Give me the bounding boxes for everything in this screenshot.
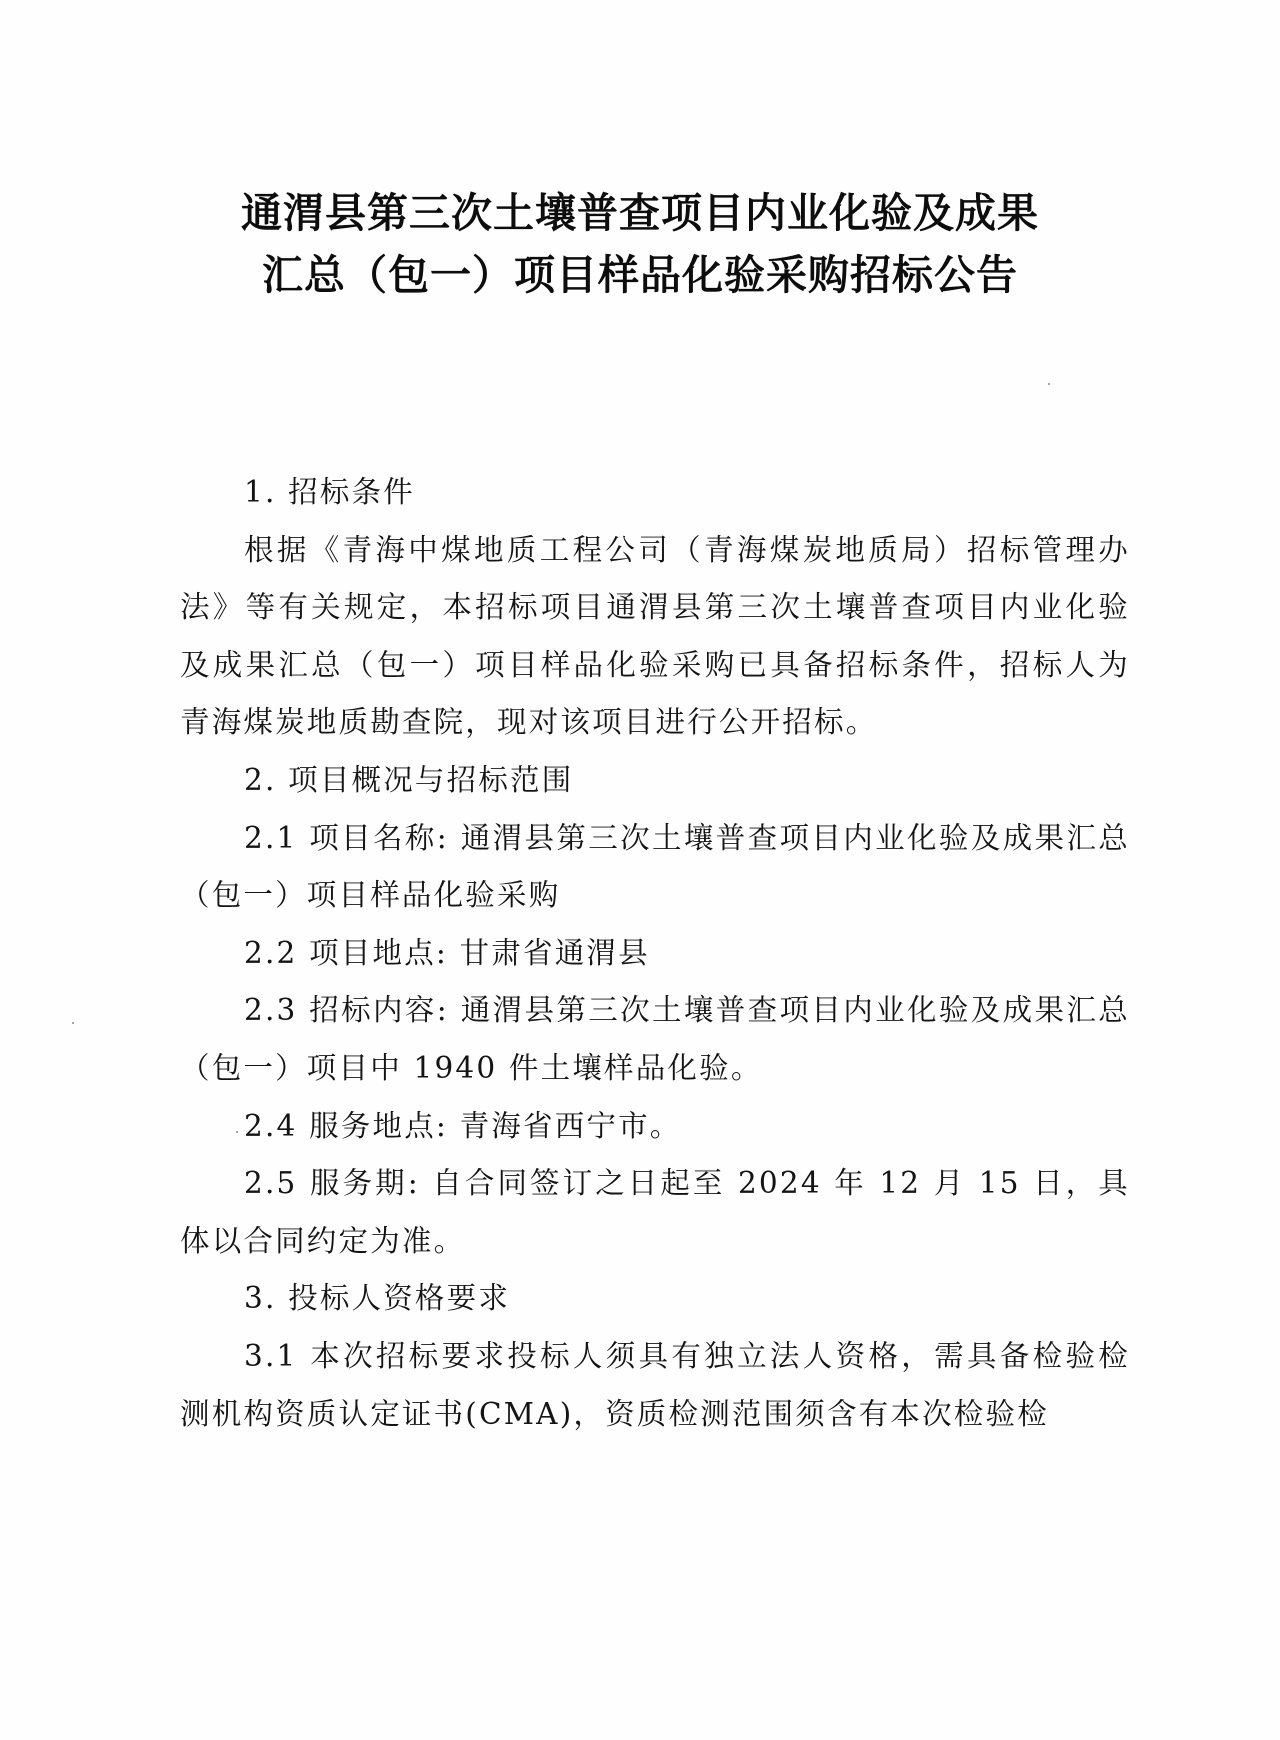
- scan-speck: [236, 1131, 238, 1133]
- document-page: 通渭县第三次土壤普查项目内业化验及成果 汇总（包一）项目样品化验采购招标公告 1…: [0, 0, 1280, 1740]
- section-1-paragraph: 根据《青海中煤地质工程公司（青海煤炭地质局）招标管理办法》等有关规定，本招标项目…: [180, 522, 1130, 752]
- item-2-5-service-period: 2.5 服务期: 自合同签订之日起至 2024 年 12 月 15 日，具体以合…: [180, 1155, 1130, 1270]
- title-line-1: 通渭县第三次土壤普查项目内业化验及成果: [0, 182, 1280, 244]
- item-2-2-project-location: 2.2 项目地点: 甘肃省通渭县: [180, 925, 1130, 983]
- item-3-1-qualification: 3.1 本次招标要求投标人须具有独立法人资格，需具备检验检测机构资质认定证书(C…: [180, 1328, 1130, 1443]
- item-2-3-bid-content: 2.3 招标内容: 通渭县第三次土壤普查项目内业化验及成果汇总（包一）项目中 1…: [180, 982, 1130, 1097]
- document-body: 1. 招标条件 根据《青海中煤地质工程公司（青海煤炭地质局）招标管理办法》等有关…: [180, 464, 1130, 1443]
- scan-speck: [1048, 383, 1050, 385]
- item-2-4-service-location: 2.4 服务地点: 青海省西宁市。: [180, 1098, 1130, 1156]
- document-title: 通渭县第三次土壤普查项目内业化验及成果 汇总（包一）项目样品化验采购招标公告: [0, 182, 1280, 306]
- title-line-2: 汇总（包一）项目样品化验采购招标公告: [0, 244, 1280, 306]
- section-heading-1: 1. 招标条件: [180, 464, 1130, 522]
- section-heading-3: 3. 投标人资格要求: [180, 1270, 1130, 1328]
- item-2-1-project-name: 2.1 项目名称: 通渭县第三次土壤普查项目内业化验及成果汇总（包一）项目样品化…: [180, 810, 1130, 925]
- scan-speck: [72, 1022, 74, 1024]
- section-heading-2: 2. 项目概况与招标范围: [180, 752, 1130, 810]
